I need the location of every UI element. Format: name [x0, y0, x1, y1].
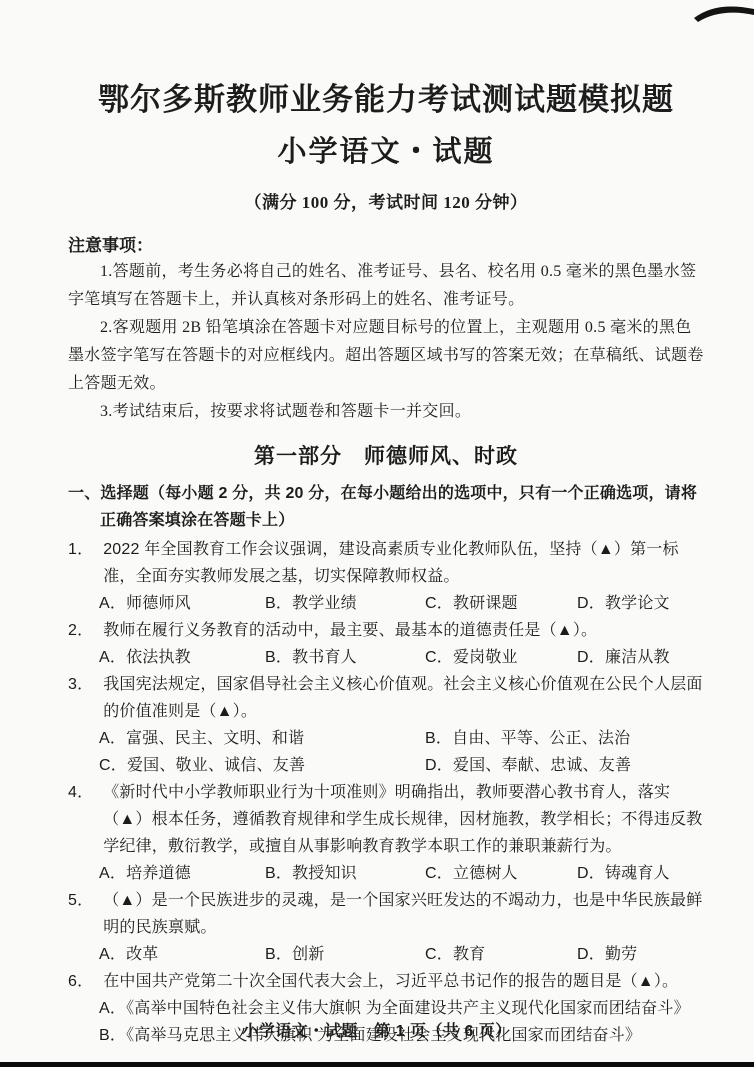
options-row: A．依法执教 B．教书育人 C．爱岗敬业 D．廉洁从教: [99, 644, 704, 671]
question-5: 5．（▲）是一个民族进步的灵魂，是一个国家兴旺发达的不竭动力，也是中华民族最鲜明…: [68, 887, 704, 968]
question-text: 教师在履行义务教育的活动中，最主要、最基本的道德责任是（▲）。: [103, 622, 597, 639]
question-number: 4．: [68, 779, 103, 806]
question-number: 5．: [68, 887, 103, 914]
options-grid: A．富强、民主、文明、和谐 B．自由、平等、公正、法治 C．爱国、敬业、诚信、友…: [99, 725, 704, 779]
question-text: （▲）是一个民族进步的灵魂，是一个国家兴旺发达的不竭动力，也是中华民族最鲜明的民…: [103, 892, 702, 936]
exam-subtitle: 小学语文・试题: [68, 129, 704, 170]
option: B．自由、平等、公正、法治: [425, 725, 704, 752]
option: C．教研课题: [425, 590, 577, 617]
question-3: 3．我国宪法规定，国家倡导社会主义核心价值观。社会主义核心价值观在公民个人层面的…: [68, 671, 704, 779]
question-1: 1．2022 年全国教育工作会议强调，建设高素质专业化教师队伍，坚持（▲）第一标…: [68, 536, 704, 617]
options-row: A．师德师风 B．教学业绩 C．教研课题 D．教学论文: [99, 590, 704, 617]
section-intro: 一、选择题（每小题 2 分，共 20 分，在每小题给出的选项中，只有一个正确选项…: [68, 480, 704, 534]
question-number: 2．: [68, 617, 103, 644]
question-number: 3．: [68, 671, 103, 698]
question-stem: 3．我国宪法规定，国家倡导社会主义核心价值观。社会主义核心价值观在公民个人层面的…: [68, 671, 704, 725]
question-text: 我国宪法规定，国家倡导社会主义核心价值观。社会主义核心价值观在公民个人层面的价值…: [103, 676, 702, 720]
option: A．培养道德: [99, 860, 265, 887]
exam-paper: 鄂尔多斯教师业务能力考试测试题模拟题 小学语文・试题 （满分 100 分，考试时…: [0, 74, 754, 1049]
option: C．爱国、敬业、诚信、友善: [99, 752, 425, 779]
option: B．教学业绩: [265, 590, 425, 617]
exam-meta: （满分 100 分，考试时间 120 分钟）: [68, 188, 704, 213]
section-intro-text: 选择题（每小题 2 分，共 20 分，在每小题给出的选项中，只有一个正确选项，请…: [100, 485, 697, 529]
notice-item-3: 3.考试结束后，按要求将试题卷和答题卡一并交回。: [68, 398, 704, 426]
question-text: 《新时代中小学教师职业行为十项准则》明确指出，教师要潜心教书育人，落实（▲）根本…: [103, 784, 702, 855]
notice-item-1: 1.答题前，考生务必将自己的姓名、准考证号、县名、校名用 0.5 毫米的黑色墨水…: [68, 258, 704, 314]
question-stem: 5．（▲）是一个民族进步的灵魂，是一个国家兴旺发达的不竭动力，也是中华民族最鲜明…: [68, 887, 704, 941]
question-stem: 1．2022 年全国教育工作会议强调，建设高素质专业化教师队伍，坚持（▲）第一标…: [68, 536, 704, 590]
question-4: 4．《新时代中小学教师职业行为十项准则》明确指出，教师要潜心教书育人，落实（▲）…: [68, 779, 704, 887]
options-row: A．培养道德 B．教授知识 C．立德树人 D．铸魂育人: [99, 860, 704, 887]
page-footer: 小学语文・试题 第 1 页（共 6 页）: [0, 1018, 754, 1041]
option: A．富强、民主、文明、和谐: [99, 725, 425, 752]
question-stem: 2．教师在履行义务教育的活动中，最主要、最基本的道德责任是（▲）。: [68, 617, 704, 644]
question-2: 2．教师在履行义务教育的活动中，最主要、最基本的道德责任是（▲）。 A．依法执教…: [68, 617, 704, 671]
option: A．师德师风: [99, 590, 265, 617]
scan-edge-artifact: [0, 1062, 754, 1067]
section-intro-label: 一、: [68, 485, 100, 502]
option: C．爱岗敬业: [425, 644, 577, 671]
option: D．廉洁从教: [577, 644, 704, 671]
option: B．教授知识: [265, 860, 425, 887]
scanned-exam-page: { "doc": { "title": "鄂尔多斯教师业务能力考试测试题模拟题"…: [0, 0, 754, 1067]
question-text: 在中国共产党第二十次全国代表大会上，习近平总书记作的报告的题目是（▲）。: [103, 973, 678, 990]
exam-title: 鄂尔多斯教师业务能力考试测试题模拟题: [68, 74, 704, 119]
option: D．教学论文: [577, 590, 704, 617]
option: A．依法执教: [99, 644, 265, 671]
option: C．教育: [425, 941, 577, 968]
scan-corner-artifact: [692, 2, 754, 24]
notice-block: 注意事项： 1.答题前，考生务必将自己的姓名、准考证号、县名、校名用 0.5 毫…: [68, 231, 704, 426]
notice-heading: 注意事项：: [68, 231, 704, 256]
question-stem: 6．在中国共产党第二十次全国代表大会上，习近平总书记作的报告的题目是（▲）。: [68, 968, 704, 995]
option: C．立德树人: [425, 860, 577, 887]
section-heading: 第一部分 师德师风、时政: [68, 440, 704, 470]
option: B．教书育人: [265, 644, 425, 671]
question-number: 6．: [68, 968, 103, 995]
option: B．创新: [265, 941, 425, 968]
option: D．铸魂育人: [577, 860, 704, 887]
options-row: A．改革 B．创新 C．教育 D．勤劳: [99, 941, 704, 968]
option: D．爱国、奉献、忠诚、友善: [425, 752, 704, 779]
question-text: 2022 年全国教育工作会议强调，建设高素质专业化教师队伍，坚持（▲）第一标准，…: [103, 541, 678, 585]
option: A．改革: [99, 941, 265, 968]
option: D．勤劳: [577, 941, 704, 968]
question-stem: 4．《新时代中小学教师职业行为十项准则》明确指出，教师要潜心教书育人，落实（▲）…: [68, 779, 704, 860]
notice-item-2: 2.客观题用 2B 铅笔填涂在答题卡对应题目标号的位置上，主观题用 0.5 毫米…: [68, 314, 704, 398]
question-number: 1．: [68, 536, 103, 563]
